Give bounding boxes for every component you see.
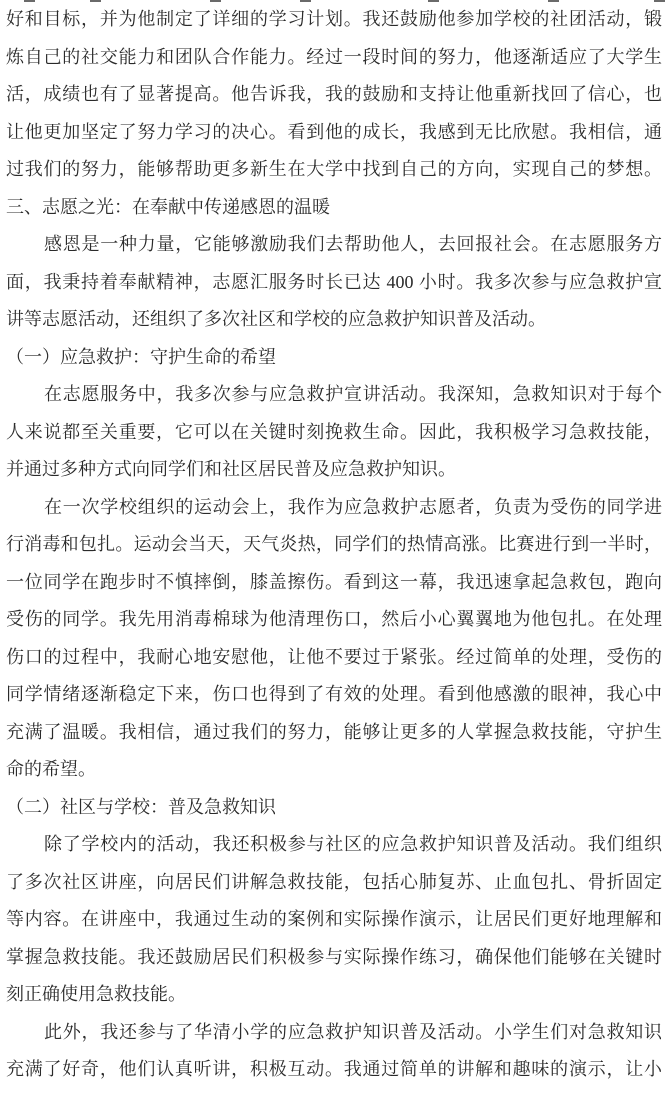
paragraph-sports-meet-rescue: 在一次学校组织的运动会上，我作为应急救护志愿者，负责为受伤的同学进行消毒和包扎。… — [6, 489, 662, 789]
text-line: 面，我秉持着奉献精神，志愿汇服务时长已达 400 小时。我多次参与应急救护宣 — [6, 264, 662, 302]
text-line: 过我们的努力，能够帮助更多新生在大学中找到自己的方向，实现自己的梦想。 — [6, 151, 662, 189]
heading-community-school: （二）社区与学校：普及急救知识 — [6, 789, 662, 827]
text-line: 炼自己的社交能力和团队合作能力。经过一段时间的努力，他逐渐适应了大学生 — [6, 39, 662, 77]
text-line: 人来说都至关重要，它可以在关键时刻挽救生命。因此，我积极学习急救技能， — [6, 414, 662, 452]
heading-line: 三、志愿之光：在奉献中传递感恩的温暖 — [6, 189, 662, 227]
text-line: 等内容。在讲座中，我通过生动的案例和实际操作演示，让居民们更好地理解和 — [6, 901, 662, 939]
heading-line: （二）社区与学校：普及急救知识 — [6, 789, 662, 827]
heading-emergency-rescue: （一）应急救护：守护生命的希望 — [6, 339, 662, 377]
text-line: 命的希望。 — [6, 751, 662, 789]
paragraph-new-student-mentoring: 好和目标，并为他制定了详细的学习计划。我还鼓励他参加学校的社团活动，锻炼自己的社… — [6, 1, 662, 189]
text-line: 掌握急救技能。我还鼓励居民们积极参与实际操作练习，确保他们能够在关键时 — [6, 939, 662, 977]
text-line: 此外，我还参与了华清小学的应急救护知识普及活动。小学生们对急救知识 — [6, 1014, 662, 1052]
text-line: 除了学校内的活动，我还积极参与社区的应急救护知识普及活动。我们组织 — [6, 826, 662, 864]
text-line: 了多次社区讲座，向居民们讲解急救技能，包括心肺复苏、止血包扎、骨折固定 — [6, 864, 662, 902]
paragraph-community-lectures: 除了学校内的活动，我还积极参与社区的应急救护知识普及活动。我们组织了多次社区讲座… — [6, 826, 662, 1014]
text-line: 讲等志愿活动，还组织了多次社区和学校的应急救护知识普及活动。 — [6, 301, 662, 339]
paragraph-first-aid-learning: 在志愿服务中，我多次参与应急救护宣讲活动。我深知，急救知识对于每个人来说都至关重… — [6, 376, 662, 489]
text-line: 同学情绪逐渐稳定下来，伤口也得到了有效的处理。看到他感激的眼神，我心中 — [6, 676, 662, 714]
text-line: 充满了好奇，他们认真听讲，积极互动。我通过简单的讲解和趣味的演示，让小 — [6, 1051, 662, 1089]
text-line: 伤口的过程中，我耐心地安慰他，让他不要过于紧张。经过简单的处理，受伤的 — [6, 639, 662, 677]
text-line: 好和目标，并为他制定了详细的学习计划。我还鼓励他参加学校的社团活动，锻 — [6, 1, 662, 39]
document-page: 好和目标，并为他制定了详细的学习计划。我还鼓励他参加学校的社团活动，锻炼自己的社… — [0, 0, 670, 1113]
text-line: 感恩是一种力量，它能够激励我们去帮助他人，去回报社会。在志愿服务方 — [6, 226, 662, 264]
paragraph-gratitude-volunteer-hours: 感恩是一种力量，它能够激励我们去帮助他人，去回报社会。在志愿服务方面，我秉持着奉… — [6, 226, 662, 339]
text-line: 让他更加坚定了努力学习的决心。看到他的成长，我感到无比欣慰。我相信，通 — [6, 114, 662, 152]
text-line: 并通过多种方式向同学们和社区居民普及应急救护知识。 — [6, 451, 662, 489]
text-line: 充满了温暖。我相信，通过我们的努力，能够让更多的人掌握急救技能，守护生 — [6, 714, 662, 752]
text-line: 在志愿服务中，我多次参与应急救护宣讲活动。我深知，急救知识对于每个 — [6, 376, 662, 414]
text-line: 一位同学在跑步时不慎摔倒，膝盖擦伤。看到这一幕，我迅速拿起急救包，跑向 — [6, 564, 662, 602]
heading-line: （一）应急救护：守护生命的希望 — [6, 339, 662, 377]
paragraph-huaqing-primary-school: 此外，我还参与了华清小学的应急救护知识普及活动。小学生们对急救知识充满了好奇，他… — [6, 1014, 662, 1089]
text-line: 受伤的同学。我先用消毒棉球为他清理伤口，然后小心翼翼地为他包扎。在处理 — [6, 601, 662, 639]
text-line: 活，成绩也有了显著提高。他告诉我，我的鼓励和支持让他重新找回了信心，也 — [6, 76, 662, 114]
text-line: 行消毒和包扎。运动会当天，天气炎热，同学们的热情高涨。比赛进行到一半时， — [6, 526, 662, 564]
document-body: 好和目标，并为他制定了详细的学习计划。我还鼓励他参加学校的社团活动，锻炼自己的社… — [6, 1, 662, 1089]
text-line: 在一次学校组织的运动会上，我作为应急救护志愿者，负责为受伤的同学进 — [6, 489, 662, 527]
heading-volunteer-light: 三、志愿之光：在奉献中传递感恩的温暖 — [6, 189, 662, 227]
text-line: 刻正确使用急救技能。 — [6, 976, 662, 1014]
